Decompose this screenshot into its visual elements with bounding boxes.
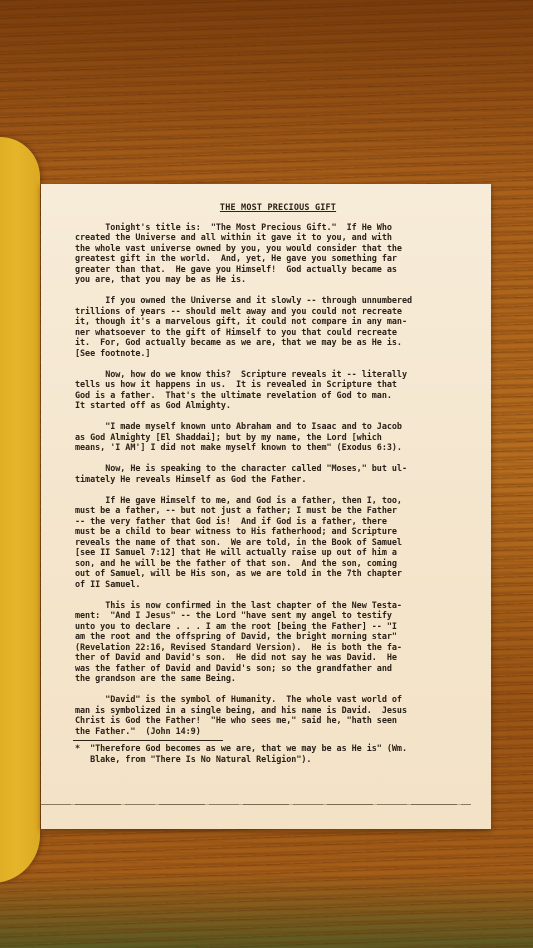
paragraph-8: "David" is the symbol of Humanity. The w…: [75, 694, 471, 736]
page-content: THE MOST PRECIOUS GIFT Tonight's title i…: [75, 202, 471, 764]
footnote-divider: [73, 740, 223, 741]
paragraph-1: Tonight's title is: "The Most Precious G…: [75, 222, 471, 285]
bottom-rule-line: [41, 804, 471, 805]
paragraph-4-quote-exodus: "I made myself known unto Abraham and to…: [75, 421, 471, 453]
paragraph-6: If He gave Himself to me, and God is a f…: [75, 495, 471, 590]
footnote: * "Therefore God becomes as we are, that…: [75, 743, 471, 764]
paragraph-3: Now, how do we know this? Scripture reve…: [75, 369, 471, 411]
paragraph-5: Now, He is speaking to the character cal…: [75, 463, 471, 484]
yellow-folder: [0, 137, 40, 883]
typewritten-page: THE MOST PRECIOUS GIFT Tonight's title i…: [41, 184, 491, 829]
paragraph-7: This is now confirmed in the last chapte…: [75, 600, 471, 684]
paragraph-2: If you owned the Universe and it slowly …: [75, 295, 471, 358]
document-title: THE MOST PRECIOUS GIFT: [85, 202, 471, 213]
